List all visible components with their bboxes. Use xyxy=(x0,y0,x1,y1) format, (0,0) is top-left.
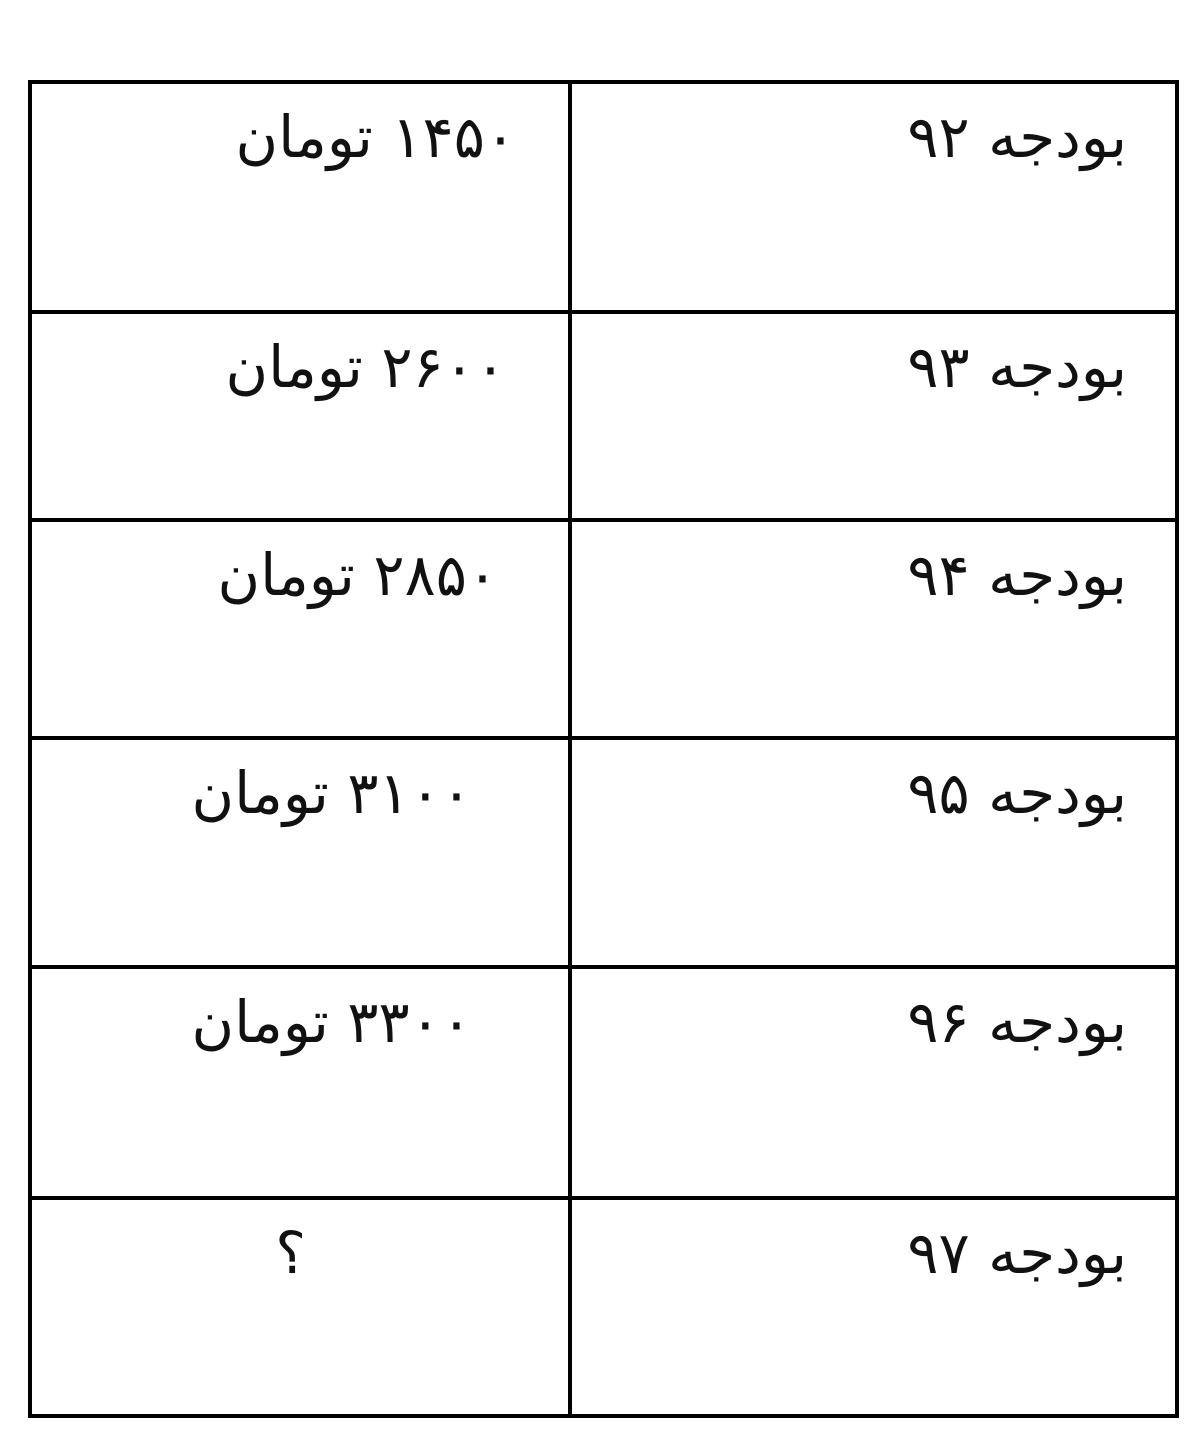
table-row: بودجه ۹۶ ۳۳۰۰ تومان xyxy=(30,967,1177,1198)
table-row: بودجه ۹۴ ۲۸۵۰ تومان xyxy=(30,520,1177,738)
budget-amount-cell: ۲۶۰۰ تومان xyxy=(30,312,570,520)
budget-year-cell: بودجه ۹۷ xyxy=(570,1198,1177,1416)
budget-year-cell: بودجه ۹۳ xyxy=(570,312,1177,520)
table-row: بودجه ۹۷ ؟ xyxy=(30,1198,1177,1416)
budget-year-label: بودجه ۹۵ xyxy=(907,758,1127,828)
budget-amount-cell: ؟ xyxy=(30,1198,570,1416)
budget-amount-cell: ۱۴۵۰ تومان xyxy=(30,82,570,312)
budget-amount-cell: ۲۸۵۰ تومان xyxy=(30,520,570,738)
table-row: بودجه ۹۲ ۱۴۵۰ تومان xyxy=(30,82,1177,312)
budget-amount-value: ۳۳۰۰ تومان xyxy=(192,987,472,1057)
budget-year-cell: بودجه ۹۵ xyxy=(570,738,1177,967)
budget-year-label: بودجه ۹۲ xyxy=(907,102,1127,172)
table-row: بودجه ۹۵ ۳۱۰۰ تومان xyxy=(30,738,1177,967)
budget-amount-value: ۲۶۰۰ تومان xyxy=(226,332,506,402)
table-row: بودجه ۹۳ ۲۶۰۰ تومان xyxy=(30,312,1177,520)
budget-year-cell: بودجه ۹۴ xyxy=(570,520,1177,738)
budget-amount-value: ۳۱۰۰ تومان xyxy=(192,758,472,828)
budget-year-cell: بودجه ۹۲ xyxy=(570,82,1177,312)
budget-year-label: بودجه ۹۴ xyxy=(907,540,1127,610)
budget-amount-value: ۲۸۵۰ تومان xyxy=(218,540,498,610)
budget-year-label: بودجه ۹۳ xyxy=(907,332,1127,402)
budget-amount-value: ۱۴۵۰ تومان xyxy=(236,102,516,172)
budget-amount-cell: ۳۳۰۰ تومان xyxy=(30,967,570,1198)
budget-amount-value: ؟ xyxy=(275,1218,306,1288)
budget-year-label: بودجه ۹۶ xyxy=(907,987,1127,1057)
budget-year-cell: بودجه ۹۶ xyxy=(570,967,1177,1198)
budget-amount-cell: ۳۱۰۰ تومان xyxy=(30,738,570,967)
budget-year-label: بودجه ۹۷ xyxy=(907,1218,1127,1288)
budget-table: بودجه ۹۲ ۱۴۵۰ تومان بودجه ۹۳ ۲۶۰۰ تومان … xyxy=(28,80,1179,1418)
